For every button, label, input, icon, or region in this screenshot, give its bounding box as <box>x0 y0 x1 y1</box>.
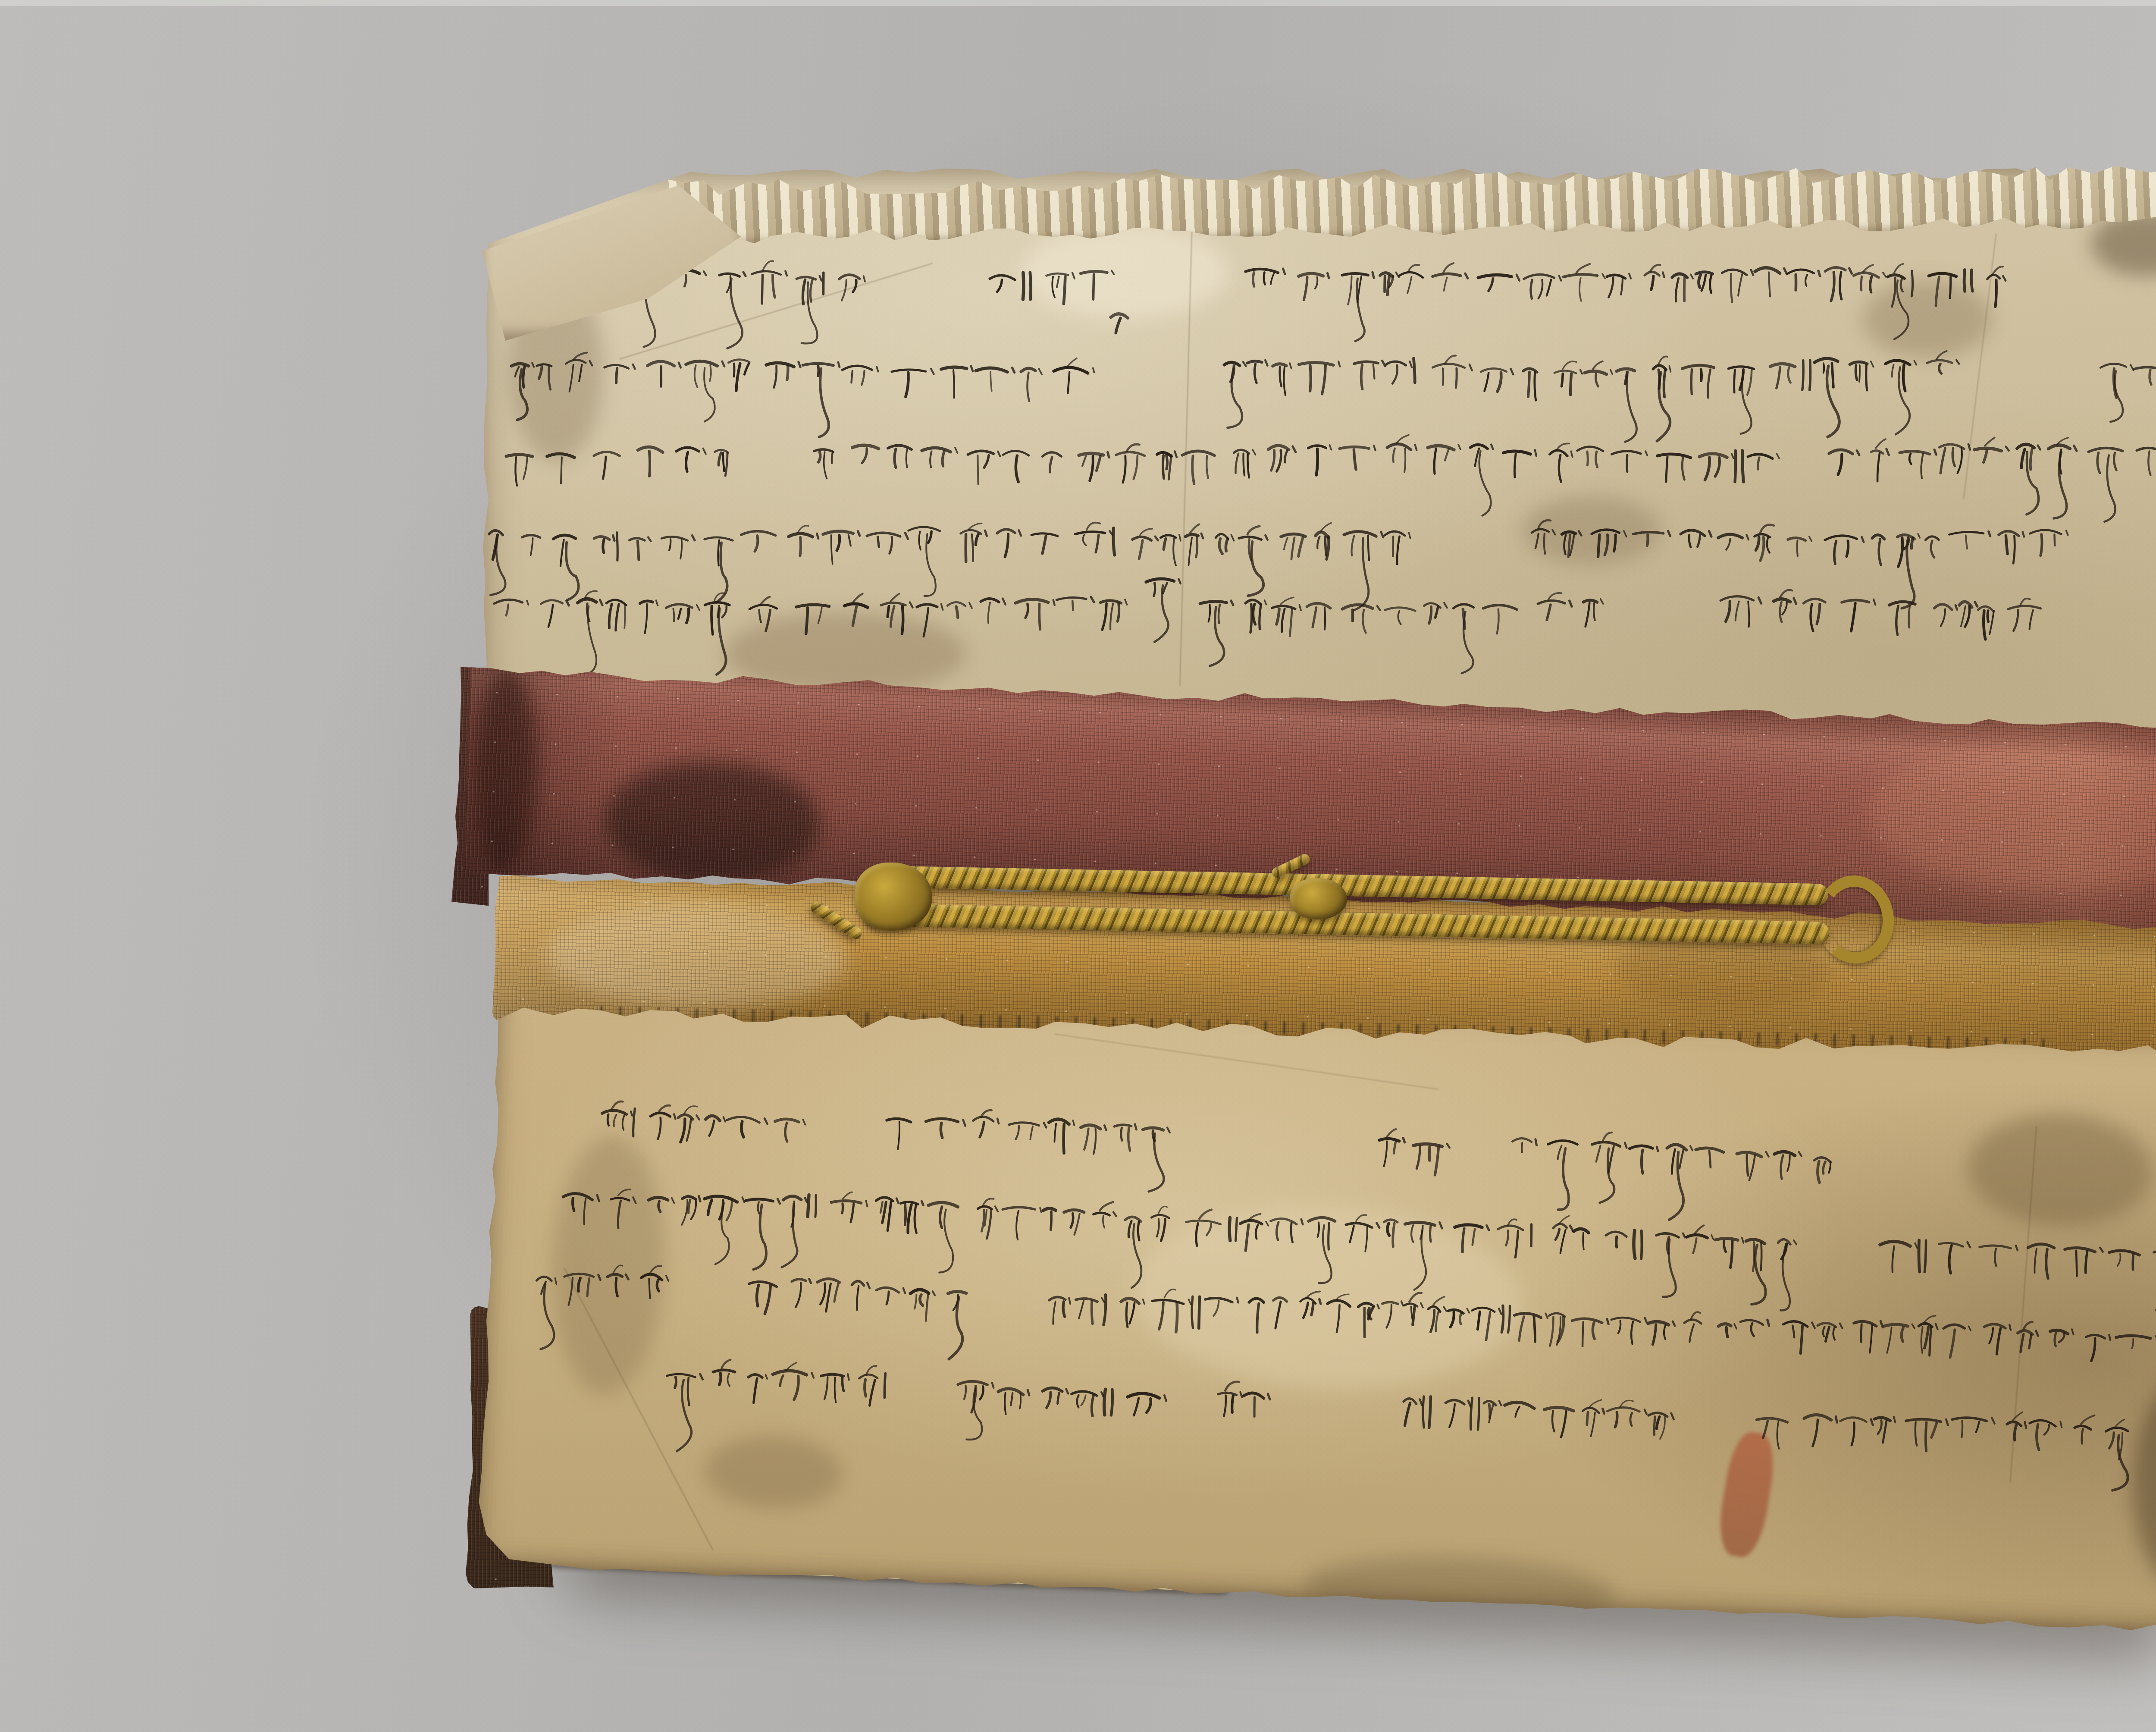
manuscript-book <box>0 0 2156 1732</box>
cloth-highlight <box>1867 739 2156 897</box>
cloth-fold-shadow <box>470 667 541 872</box>
cloth-soot-stain <box>603 758 822 885</box>
handwritten-text-line <box>492 544 2040 665</box>
cord-tangle-center <box>1290 878 1347 919</box>
lower-page <box>476 968 2156 1633</box>
cord-knot-left <box>855 863 932 931</box>
lower-ink-layer <box>476 968 2156 1633</box>
cloth-pale-patch <box>545 901 849 1012</box>
photo-backdrop <box>0 0 2156 1732</box>
